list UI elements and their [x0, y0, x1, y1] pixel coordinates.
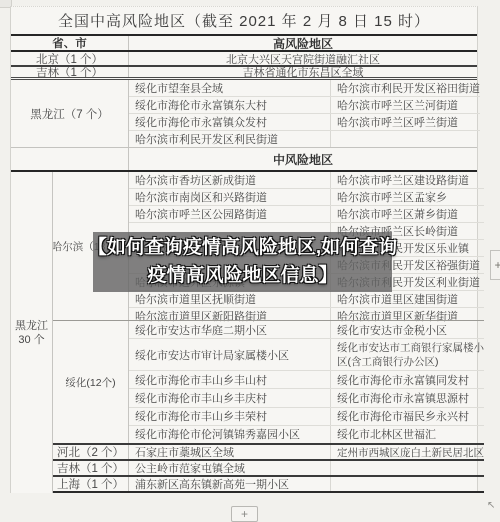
area-cell: 绥化市海伦市永富镇众发村: [129, 114, 331, 130]
area-cell: 绥化市安达市工商银行家属楼小区(含工商银行办公区): [331, 339, 484, 370]
table-row: 哈尔滨市呼兰区公园路街道 哈尔滨市呼兰区萧乡街道: [129, 206, 484, 223]
medium-risk-header-row: 中风险地区: [11, 148, 477, 172]
caption-overlay: 【如何查询疫情高风险地区,如何查询 疫情高风险地区信息】: [93, 232, 392, 292]
area-cell: 哈尔滨市呼兰区呼兰街道: [331, 114, 480, 130]
area-cell: 绥化市海伦市永富镇同发村: [331, 371, 484, 388]
area-cell: 绥化市海伦市福民乡永兴村: [331, 408, 484, 425]
table-row: 绥化市海伦市丰山乡丰山村 绥化市海伦市永富镇同发村: [129, 371, 484, 389]
block-heilongjiang-high: 黑龙江（7 个） 绥化市望奎县全域 哈尔滨市利民开发区裕田街道 绥化市海伦市永富…: [11, 80, 477, 148]
side-plus-button[interactable]: +: [490, 250, 500, 280]
resize-handle-icon: ↖: [487, 500, 495, 511]
medium-risk-section: 黑龙江 30 个 哈尔滨（18 个） 哈尔滨市香坊区新成街道 哈尔滨市呼兰区建设…: [11, 172, 477, 493]
table-row: 哈尔滨市南岗区和兴路街道 哈尔滨市呼兰区孟家乡: [129, 189, 484, 206]
medium-header-spacer: [11, 148, 129, 170]
province-label-jilin-2: 吉林（1 个）: [53, 461, 129, 475]
area-cell: 哈尔滨市利民开发区裕田街道: [331, 80, 480, 96]
area-cell: 哈尔滨市呼兰区萧乡街道: [331, 206, 484, 222]
caption-line-1: 【如何查询疫情高风险地区,如何查询: [88, 234, 397, 262]
row-jilin-high: 吉林（1 个） 吉林省通化市东昌区全域: [11, 67, 477, 80]
area-cell: 哈尔滨市道里区抚顺街道: [129, 291, 331, 307]
area-cell: 绥化市海伦市伦河镇锦秀嘉园小区: [129, 426, 331, 443]
area-cell: [331, 131, 480, 147]
area-cell: 绥化市海伦市丰山乡丰荣村: [129, 408, 331, 425]
table-row: 绥化市海伦市永富镇东大村 哈尔滨市呼兰区兰河街道: [129, 97, 480, 114]
area-cell: 绥化市海伦市丰山乡丰庆村: [129, 389, 331, 406]
table-row: 绥化市望奎县全域 哈尔滨市利民开发区裕田街道: [129, 80, 480, 97]
zoom-in-button[interactable]: +: [231, 506, 258, 522]
row-hebei: 河北（2 个） 石家庄市藁城区全域 定州市西城区庞白土新民居北区: [53, 445, 484, 461]
area-cell: 哈尔滨市呼兰区兰河街道: [331, 97, 480, 113]
area-cell: 石家庄市藁城区全域: [129, 445, 331, 459]
area-cell: 绥化市安达市审计局家属楼小区: [129, 339, 331, 370]
province-label-jilin: 吉林（1 个）: [11, 67, 129, 77]
row-shanghai: 上海（1 个） 浦东新区高东镇新高苑一期小区: [53, 477, 484, 493]
area-cell: 哈尔滨市呼兰区建设路街道: [331, 172, 484, 188]
province-label-shanghai: 上海（1 个）: [53, 477, 129, 491]
table-row: 绥化市海伦市丰山乡丰庆村 绥化市海伦市永富镇思源村: [129, 389, 484, 407]
area-cell: 绥化市海伦市丰山乡丰山村: [129, 371, 331, 388]
province-label-heilongjiang-30: 黑龙江 30 个: [11, 172, 53, 493]
table-row: 哈尔滨市利民开发区利民街道: [129, 131, 480, 147]
area-cell: 吉林省通化市东昌区全域: [129, 67, 477, 77]
table-row: 绥化市海伦市伦河镇锦秀嘉园小区 绥化市北林区世福汇: [129, 426, 484, 443]
area-cell: 绥化市望奎县全域: [129, 80, 331, 96]
table-row: 绥化市安达市审计局家属楼小区 绥化市安达市工商银行家属楼小区(含工商银行办公区): [129, 339, 484, 371]
area-cell: 绥化市安达市华庭二期小区: [129, 321, 331, 338]
table-row: 绥化市海伦市永富镇众发村 哈尔滨市呼兰区呼兰街道: [129, 114, 480, 131]
bottom-province-rows: 河北（2 个） 石家庄市藁城区全域 定州市西城区庞白土新民居北区 吉林（1 个）…: [53, 443, 484, 493]
header-province-city: 省、市: [11, 36, 129, 50]
table-row: 绥化市海伦市丰山乡丰荣村 绥化市海伦市福民乡永兴村: [129, 408, 484, 426]
province-label-hebei: 河北（2 个）: [53, 445, 129, 459]
area-cell: [331, 477, 484, 491]
area-cell: 绥化市海伦市永富镇思源村: [331, 389, 484, 406]
area-cell: 哈尔滨市南岗区和兴路街道: [129, 189, 331, 205]
table-row: 绥化市安达市华庭二期小区 绥化市安达市金税小区: [129, 321, 484, 339]
area-cell: 哈尔滨市香坊区新成街道: [129, 172, 331, 188]
block-suihua-medium: 绥化(12个) 绥化市安达市华庭二期小区 绥化市安达市金税小区 绥化市安达市审计…: [53, 320, 484, 443]
area-cell: 绥化市海伦市永富镇东大村: [129, 97, 331, 113]
row-jilin-medium: 吉林（1 个） 公主岭市范家屯镇全域: [53, 461, 484, 477]
caption-line-2: 疫情高风险地区信息】: [147, 262, 337, 290]
province-label-heilongjiang: 黑龙江（7 个）: [11, 80, 129, 147]
area-cell: 哈尔滨市利民开发区利民街道: [129, 131, 331, 147]
area-cell: 浦东新区高东镇新高苑一期小区: [129, 477, 331, 491]
header-high-risk-area: 高风险地区: [129, 36, 477, 50]
table-row: 哈尔滨市道里区抚顺街道 哈尔滨市道里区建国街道: [129, 291, 484, 308]
header-medium-risk-area: 中风险地区: [129, 148, 477, 170]
area-cell: 哈尔滨市呼兰区孟家乡: [331, 189, 484, 205]
area-cell: 公主岭市范家屯镇全域: [129, 461, 331, 475]
area-cell: 绥化市北林区世福汇: [331, 426, 484, 443]
area-cell: 定州市西城区庞白土新民居北区: [331, 445, 484, 459]
area-cell: 绥化市安达市金税小区: [331, 321, 484, 338]
area-cell: 哈尔滨市呼兰区公园路街道: [129, 206, 331, 222]
city-label-suihua: 绥化(12个): [53, 321, 129, 443]
table-title: 全国中高风险地区（截至 2021 年 2 月 8 日 15 时）: [11, 7, 477, 36]
table-row: 哈尔滨市香坊区新成街道 哈尔滨市呼兰区建设路街道: [129, 172, 484, 189]
area-cell: 哈尔滨市道里区建国街道: [331, 291, 484, 307]
area-cell: [331, 461, 484, 475]
